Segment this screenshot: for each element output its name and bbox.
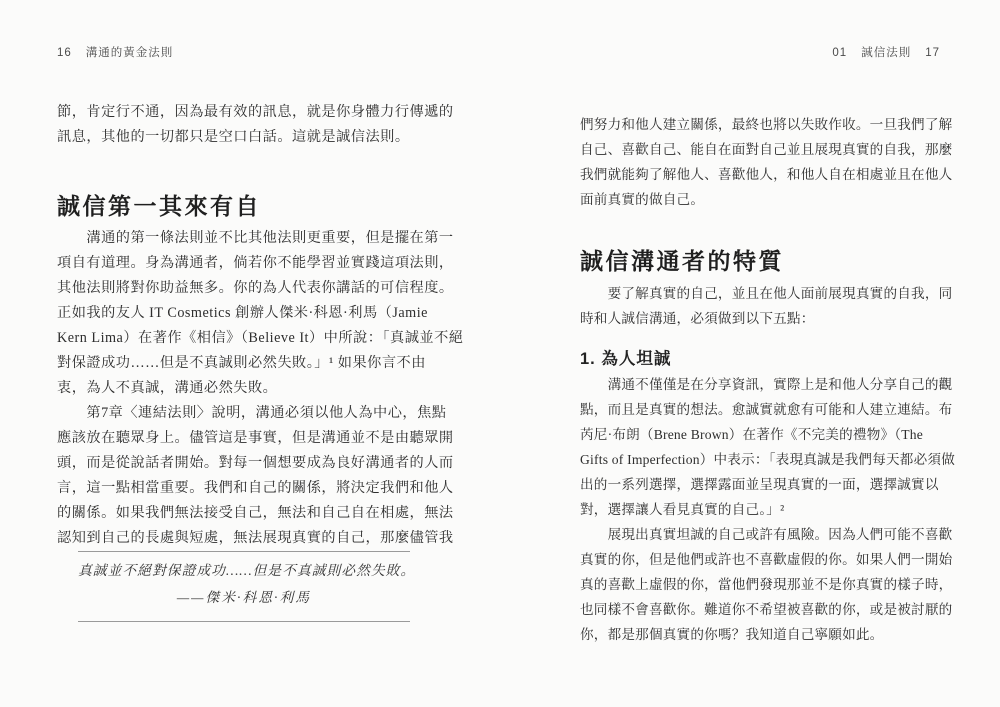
right-page-number: 17 — [925, 47, 940, 59]
pull-quote-text: 真誠並不絕對保證成功……但是不真誠則必然失敗。 — [78, 557, 410, 584]
left-intro-paragraph: 節，肯定行不通，因為最有效的訊息，就是你身體力行傳遞的訊息，其他的一切都只是空口… — [57, 100, 459, 150]
text-line: 對，選擇讓人看見真實的自己。」² — [580, 497, 940, 522]
text-line: 點，而且是真實的想法。愈誠實就愈有可能和人建立連結。布 — [580, 397, 940, 422]
text-line: 時和人誠信溝通，必須做到以下五點： — [580, 306, 940, 331]
pull-quote-attribution: ——傑米·科恩·利馬 — [78, 584, 410, 611]
text-line: 節，肯定行不通，因為最有效的訊息，就是你身體力行傳遞的 — [57, 100, 459, 125]
left-paragraph-1: 溝通的第一條法則並不比其他法則更重要，但是擺在第一項自有道理。身為溝通者，倘若你… — [57, 226, 459, 401]
text-line: 正如我的友人 IT Cosmetics 創辦人傑米·科恩·利馬（Jamie — [57, 301, 459, 326]
text-line: 也同樣不會喜歡你。難道你不希望被喜歡的你，或是被討厭的 — [580, 597, 940, 622]
text-line: Gifts of Imperfection）中表示：「表現真誠是我們每天都必須做 — [580, 447, 940, 472]
text-line: 真的喜歡上虛假的你，當他們發現那並不是你真實的樣子時， — [580, 572, 940, 597]
text-line: 溝通不僅僅是在分享資訊，實際上是和他人分享自己的觀 — [580, 372, 940, 397]
text-line: 展現出真實坦誠的自己或許有風險。因為人們可能不喜歡 — [580, 522, 940, 547]
book-spread: 16溝通的黃金法則 01誠信法則17 節，肯定行不通，因為最有效的訊息，就是你身… — [0, 0, 1000, 707]
text-line: 你，都是那個真實的你嗎？我知道自己寧願如此。 — [580, 622, 940, 647]
text-line: 第7章〈連結法則〉說明，溝通必須以他人為中心，焦點 — [57, 401, 459, 426]
text-line: 要了解真實的自己，並且在他人面前展現真實的自我，同 — [580, 281, 940, 306]
text-line: 對保證成功……但是不真誠則必然失敗。」¹ 如果你言不由 — [57, 351, 459, 376]
text-line: 面前真實的做自己。 — [580, 187, 940, 212]
right-section-heading: 誠信溝通者的特質 — [580, 243, 784, 276]
right-subsection-heading: 1. 為人坦誠 — [580, 345, 671, 369]
right-paragraph-3: 溝通不僅僅是在分享資訊，實際上是和他人分享自己的觀點，而且是真實的想法。愈誠實就… — [580, 372, 940, 522]
text-line: 頭，而是從說話者開始。對每一個想要成為良好溝通者的人而 — [57, 451, 459, 476]
pull-quote: 真誠並不絕對保證成功……但是不真誠則必然失敗。 ——傑米·科恩·利馬 — [78, 551, 410, 622]
chapter-title: 誠信法則 — [861, 47, 911, 59]
text-line: 芮尼·布朗（Brene Brown）在著作《不完美的禮物》（The — [580, 422, 940, 447]
text-line: 真實的你，但是他們或許也不喜歡虛假的你。如果人們一開始 — [580, 547, 940, 572]
text-line: 們努力和他人建立關係，最終也將以失敗作收。一旦我們了解 — [580, 112, 940, 137]
text-line: 言，這一點相當重要。我們和自己的關係，將決定我們和他人 — [57, 476, 459, 501]
text-line: 溝通的第一條法則並不比其他法則更重要，但是擺在第一 — [57, 226, 459, 251]
text-line: 認知到自己的長處與短處，無法展現真實的自己，那麼儘管我 — [57, 526, 459, 551]
text-line: 自己、喜歡自己、能自在面對自己並且展現真實的自我，那麼 — [580, 137, 940, 162]
left-page-number: 16 — [57, 47, 72, 59]
text-line: 出的一系列選擇，選擇露面並呈現真實的一面，選擇誠實以 — [580, 472, 940, 497]
right-paragraph-4: 展現出真實坦誠的自己或許有風險。因為人們可能不喜歡真實的你，但是他們或許也不喜歡… — [580, 522, 940, 647]
right-paragraph-2: 要了解真實的自己，並且在他人面前展現真實的自我，同時和人誠信溝通，必須做到以下五… — [580, 281, 940, 331]
book-title: 溝通的黃金法則 — [86, 47, 174, 59]
running-header-right: 01誠信法則17 — [832, 44, 940, 60]
right-body: 溝通不僅僅是在分享資訊，實際上是和他人分享自己的觀點，而且是真實的想法。愈誠實就… — [580, 372, 940, 647]
right-paragraph-1: 們努力和他人建立關係，最終也將以失敗作收。一旦我們了解自己、喜歡自己、能自在面對… — [580, 112, 940, 212]
chapter-number: 01 — [832, 47, 847, 59]
text-line: 訊息，其他的一切都只是空口白話。這就是誠信法則。 — [57, 125, 459, 150]
left-body: 溝通的第一條法則並不比其他法則更重要，但是擺在第一項自有道理。身為溝通者，倘若你… — [57, 226, 459, 551]
text-line: 其他法則將對你助益無多。你的為人代表你講話的可信程度。 — [57, 276, 459, 301]
text-line: 我們就能夠了解他人、喜歡他人，和他人自在相處並且在他人 — [580, 162, 940, 187]
text-line: 應該放在聽眾身上。儘管這是事實，但是溝通並不是由聽眾開 — [57, 426, 459, 451]
left-section-heading: 誠信第一其來有自 — [57, 188, 261, 221]
text-line: 衷，為人不真誠，溝通必然失敗。 — [57, 376, 459, 401]
text-line: Kern Lima）在著作《相信》（Believe It）中所說：「真誠並不絕 — [57, 326, 459, 351]
running-header-left: 16溝通的黃金法則 — [57, 44, 173, 60]
left-paragraph-2: 第7章〈連結法則〉說明，溝通必須以他人為中心，焦點應該放在聽眾身上。儘管這是事實… — [57, 401, 459, 551]
text-line: 的關係。如果我們無法接受自己，無法和自己自在相處，無法 — [57, 501, 459, 526]
text-line: 項自有道理。身為溝通者，倘若你不能學習並實踐這項法則， — [57, 251, 459, 276]
